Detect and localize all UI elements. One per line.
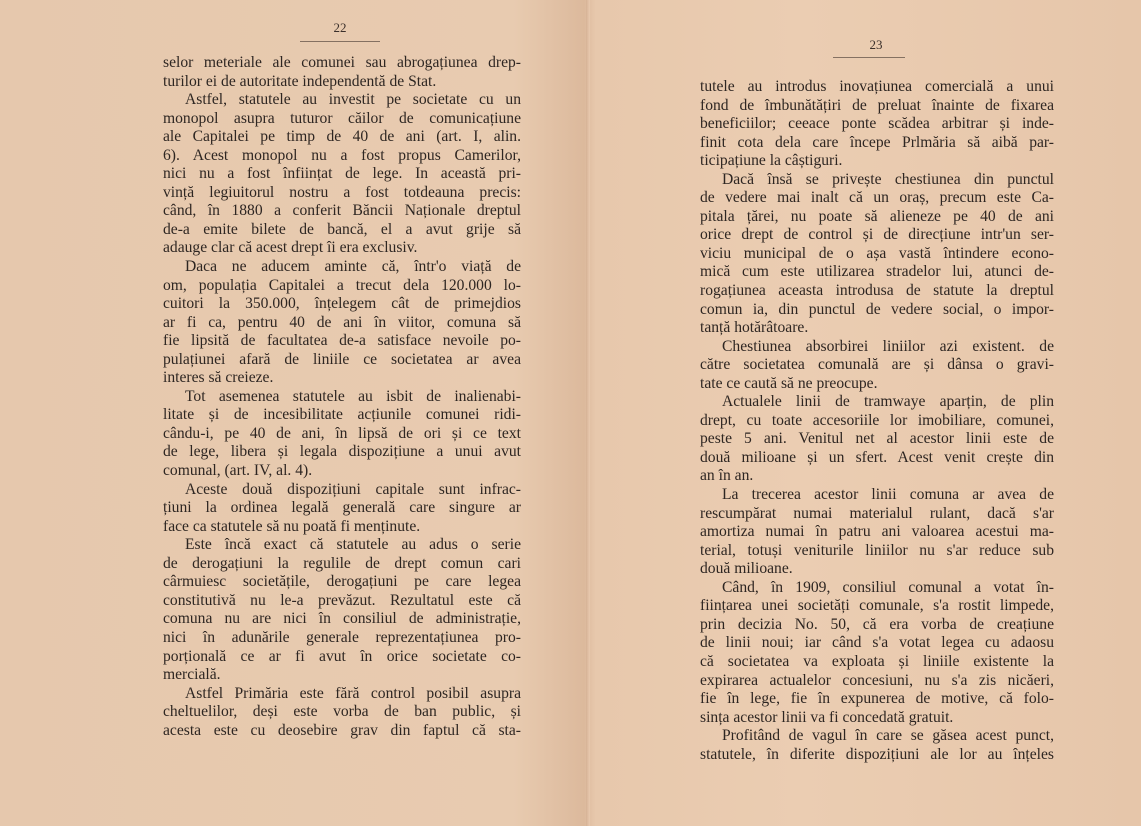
text-line: două milioane. bbox=[700, 560, 1054, 579]
text-line: orice drept de control și de direcțiune … bbox=[700, 226, 1054, 245]
text-line: comuna nu are nici în consiliul de admin… bbox=[163, 610, 521, 629]
right-page: 23 tutele au introdus inovațiunea comerc… bbox=[590, 0, 1141, 826]
left-page: 22 selor meteriale ale comunei sau abrog… bbox=[0, 0, 588, 826]
text-line: finit cota dela care începe Prlmăria să … bbox=[700, 134, 1054, 153]
text-line: rogațiunea aceasta introdusa de statute … bbox=[700, 282, 1054, 301]
text-line: de vedere mai inalt că un oraș, precum e… bbox=[700, 189, 1054, 208]
text-line: rescumpărat numai materialul rulant, dac… bbox=[700, 505, 1054, 524]
text-line: constitutivă nu le-a prevăzut. Rezultatu… bbox=[163, 592, 521, 611]
text-line: beneficiilor; ceeace ponte scădea arbitr… bbox=[700, 115, 1054, 134]
page-number: 22 bbox=[320, 20, 360, 36]
text-line: viciu municipal de o așa vastă întindere… bbox=[700, 245, 1054, 264]
text-line: terial, totuși veniturile liniilor nu s'… bbox=[700, 542, 1054, 561]
text-line: 6). Acest monopol nu a fost propus Camer… bbox=[163, 147, 521, 166]
text-line: cându-i, pe 40 de ani, în lipsă de ori ș… bbox=[163, 425, 521, 444]
text-line: Astfel, statutele au investit pe societa… bbox=[163, 91, 521, 110]
text-line: de lege, libera și legala dispozițiune a… bbox=[163, 443, 521, 462]
text-line: Actualele linii de tramwaye aparțin, de … bbox=[700, 393, 1054, 412]
text-line: pitala țărei, nu poate să alieneze pe 40… bbox=[700, 208, 1054, 227]
text-line: vință legiuitorul nostru a fost totdeaun… bbox=[163, 184, 521, 203]
text-line: litate și de incesibilitate acțiunile co… bbox=[163, 406, 521, 425]
text-line: de linii noui; iar când s'a votat legea … bbox=[700, 634, 1054, 653]
text-line: Astfel Primăria este fără control posibi… bbox=[163, 685, 521, 704]
book-spread: 22 selor meteriale ale comunei sau abrog… bbox=[0, 0, 1141, 826]
text-line: an în an. bbox=[700, 467, 1054, 486]
text-line: țiuni la ordinea legală generală care si… bbox=[163, 499, 521, 518]
text-line: cheltuelilor, deși este vorba de ban pub… bbox=[163, 703, 521, 722]
text-line: că societatea va exploata și liniile exi… bbox=[700, 653, 1054, 672]
text-line: selor meteriale ale comunei sau abrogați… bbox=[163, 54, 521, 73]
text-line: fie în lege, fie în expunerea de motive,… bbox=[700, 690, 1054, 709]
text-line: om, populația Capitalei a trecut dela 12… bbox=[163, 277, 521, 296]
text-line: mică cum este utilizarea stradelor lui, … bbox=[700, 263, 1054, 282]
text-line: Când, în 1909, consiliul comunal a votat… bbox=[700, 579, 1054, 598]
text-line: interes să creieze. bbox=[163, 369, 521, 388]
text-line: Este încă exact că statutele au adus o s… bbox=[163, 536, 521, 555]
text-line: monopol asupra tuturor căilor de comunic… bbox=[163, 110, 521, 129]
text-line: pulațiunei afară de liniile ce societate… bbox=[163, 351, 521, 370]
text-line: turilor ei de autoritate independentă de… bbox=[163, 73, 521, 92]
text-line: comun ia, din punctul de vedere social, … bbox=[700, 301, 1054, 320]
text-line: porțională ce ar fi avut în orice societ… bbox=[163, 648, 521, 667]
text-line: drept, cu toate accesoriile lor imobilia… bbox=[700, 412, 1054, 431]
header-rule bbox=[833, 57, 905, 58]
text-line: fie lipsită de facultatea de-a satisface… bbox=[163, 332, 521, 351]
left-page-text: selor meteriale ale comunei sau abrogați… bbox=[163, 54, 521, 740]
text-line: ar fi ca, pentru 40 de ani în viitor, co… bbox=[163, 314, 521, 333]
text-line: Aceste două dispozițiuni capitale sunt i… bbox=[163, 481, 521, 500]
text-line: Dacă însă se privește chestiunea din pun… bbox=[700, 171, 1054, 190]
text-line: peste 5 ani. Venitul net al acestor lini… bbox=[700, 430, 1054, 449]
text-line: sința acestor linii va fi concedată grat… bbox=[700, 709, 1054, 728]
text-line: statutele, în diferite dispozițiuni ale … bbox=[700, 746, 1054, 765]
text-line: adauge clar că acest drept îi era exclus… bbox=[163, 239, 521, 258]
text-line: fond de îmbunătățiri de preluat înainte … bbox=[700, 97, 1054, 116]
text-line: cuitori la 350.000, înțelegem cât de pri… bbox=[163, 295, 521, 314]
text-line: cârmuiesc societățile, derogațiuni pe ca… bbox=[163, 573, 521, 592]
text-line: când, în 1880 a conferit Băncii Național… bbox=[163, 202, 521, 221]
text-line: Tot asemenea statutele au isbit de inali… bbox=[163, 388, 521, 407]
text-line: face ca statutele să nu poată fi menținu… bbox=[163, 518, 521, 537]
right-page-text: tutele au introdus inovațiunea comercial… bbox=[700, 78, 1054, 764]
text-line: două milioane și un sfert. Acest venit c… bbox=[700, 449, 1054, 468]
header-rule bbox=[300, 41, 380, 42]
page-number: 23 bbox=[856, 37, 896, 53]
text-line: tate ce caută să ne preocupe. bbox=[700, 375, 1054, 394]
text-line: tanță hotărâtoare. bbox=[700, 319, 1054, 338]
text-line: comunal, (art. IV, al. 4). bbox=[163, 462, 521, 481]
text-line: Daca ne aducem aminte că, într'o viață d… bbox=[163, 258, 521, 277]
text-line: de-a emite bilete de bancă, el a avut gr… bbox=[163, 221, 521, 240]
text-line: ticipațiune la câștiguri. bbox=[700, 152, 1054, 171]
text-line: ființarea unei societăți comunale, s'a r… bbox=[700, 597, 1054, 616]
text-line: nici nu a fost înființat de lege. In ace… bbox=[163, 165, 521, 184]
text-line: amortiza numai în patru ani valoarea ace… bbox=[700, 523, 1054, 542]
text-line: prin decizia No. 50, că era vorba de cre… bbox=[700, 616, 1054, 635]
text-line: către societatea comunală are și dânsa o… bbox=[700, 356, 1054, 375]
text-line: tutele au introdus inovațiunea comercial… bbox=[700, 78, 1054, 97]
text-line: Chestiunea absorbirei liniilor azi exist… bbox=[700, 338, 1054, 357]
text-line: ale Capitalei pe timp de 40 de ani (art.… bbox=[163, 128, 521, 147]
text-line: La trecerea acestor linii comuna ar avea… bbox=[700, 486, 1054, 505]
text-line: mercială. bbox=[163, 666, 521, 685]
text-line: acesta este cu deosebire grav din faptul… bbox=[163, 722, 521, 741]
text-line: de derogațiuni la regulile de drept comu… bbox=[163, 555, 521, 574]
text-line: nici în adunările generale reprezentațiu… bbox=[163, 629, 521, 648]
text-line: expirarea actualelor concesiuni, nu s'a … bbox=[700, 672, 1054, 691]
text-line: Profitând de vagul în care se găsea aces… bbox=[700, 727, 1054, 746]
